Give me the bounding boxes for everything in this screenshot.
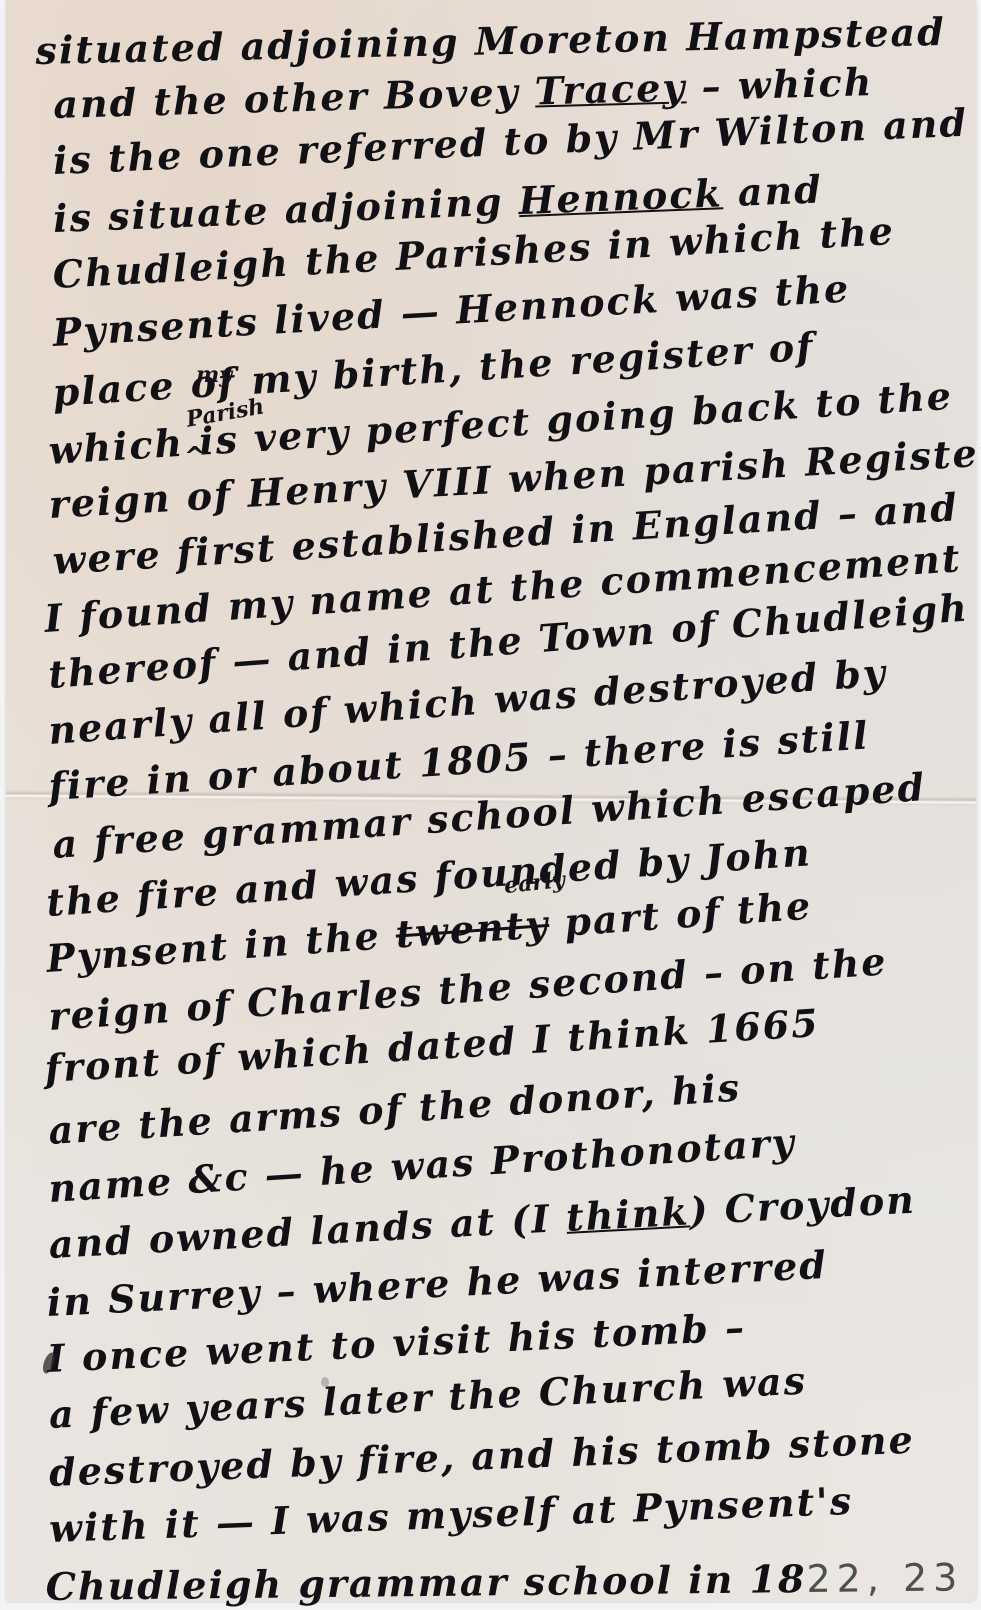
text-line-28: Chudleigh grammar school in 1822, 23 & 2… — [46, 1553, 981, 1609]
text-segment: and the other Bovey — [53, 69, 536, 127]
insertion-my: my — [196, 362, 232, 388]
insertion-caret: ^ — [184, 442, 206, 472]
text-segment: and — [722, 166, 824, 215]
text-segment: ) Croydon — [688, 1177, 916, 1234]
underlined-word: Hennock — [518, 170, 724, 223]
struck-word: twenty — [394, 901, 550, 957]
pencil-speck — [321, 1377, 329, 1387]
letter-page: situated adjoining Moreton Hampstead and… — [6, 0, 976, 1602]
text-segment: Pynsent in the — [45, 912, 397, 981]
text-segment: part of the — [547, 883, 813, 946]
insertion-early: early — [503, 867, 566, 899]
pencil-annotation: 22, 23 & 24 — [806, 1554, 981, 1601]
text-segment: – which — [686, 59, 874, 109]
text-segment: Chudleigh grammar school in 18 — [46, 1556, 807, 1609]
underlined-word: think — [565, 1188, 691, 1239]
underlined-word: Tracey — [534, 64, 687, 113]
